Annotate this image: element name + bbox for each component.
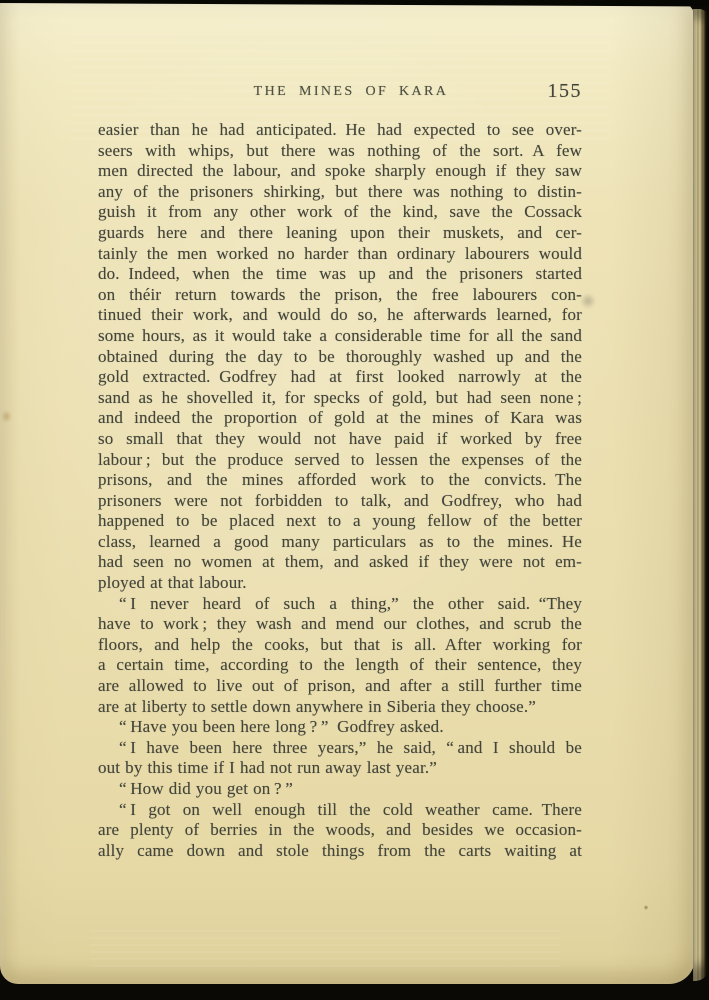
paragraph: “ I have been here three years,” he said… [98, 738, 582, 779]
text-line: do. Indeed, when the time was up and the… [98, 264, 582, 285]
text-line: guish it from any other work of the kind… [98, 202, 582, 223]
paragraph: “ I got on well enough till the cold wea… [98, 800, 582, 862]
text-line: prisons, and the mines afforded work to … [98, 470, 582, 491]
text-line: “ Have you been here long ? ” Godfrey as… [98, 717, 582, 738]
text-line: had seen no women at them, and asked if … [98, 552, 582, 573]
paragraph: easier than he had anticipated. He had e… [98, 120, 582, 594]
scan-smudge-left [2, 410, 11, 423]
paragraph: “ I never heard of such a thing,” the ot… [98, 594, 582, 718]
running-title: THE MINES OF KARA [98, 84, 582, 100]
scan-smudge [580, 293, 596, 309]
text-line: “ I have been here three years,” he said… [98, 738, 582, 759]
book-scan: THE MINES OF KARA 155 easier than he had… [0, 0, 709, 1000]
scan-speck [644, 905, 648, 910]
paragraph: “ Have you been here long ? ” Godfrey as… [98, 717, 582, 738]
text-line: seers with whips, but there was nothing … [98, 141, 582, 162]
page-number: 155 [548, 80, 583, 103]
text-line: happened to be placed next to a young fe… [98, 511, 582, 532]
text-line: out by this time if I had not run away l… [98, 758, 582, 779]
text-line: easier than he had anticipated. He had e… [98, 120, 582, 141]
text-line: men directed the labour, and spoke sharp… [98, 161, 582, 182]
page-header: THE MINES OF KARA 155 [98, 84, 582, 106]
text-line: ally came down and stole things from the… [98, 841, 582, 862]
text-line: and indeed the proportion of gold at the… [98, 408, 582, 429]
text-line: gold extracted. Godfrey had at first loo… [98, 367, 582, 388]
text-line: prisoners were not forbidden to talk, an… [98, 491, 582, 512]
text-line: “ I got on well enough till the cold wea… [98, 800, 582, 821]
text-line: tinued their work, and would do so, he a… [98, 305, 582, 326]
text-line: ployed at that labour. [98, 573, 582, 594]
text-line: on théir return towards the prison, the … [98, 285, 582, 306]
text-line: a certain time, according to the length … [98, 655, 582, 676]
text-line: labour ; but the produce served to lesse… [98, 450, 582, 471]
text-line: are at liberty to settle down anywhere i… [98, 697, 582, 718]
text-line: tainly the men worked no harder than ord… [98, 244, 582, 265]
text-line: have to work ; they wash and mend our cl… [98, 614, 582, 635]
text-line: some hours, as it would take a considera… [98, 326, 582, 347]
text-line: floors, and help the cooks, but that is … [98, 635, 582, 656]
text-line: “ I never heard of such a thing,” the ot… [98, 594, 582, 615]
paragraph: “ How did you get on ? ” [98, 779, 582, 800]
page-text: easier than he had anticipated. He had e… [98, 120, 582, 861]
text-line: are allowed to live out of prison, and a… [98, 676, 582, 697]
text-line: obtained during the day to be thoroughly… [98, 347, 582, 368]
text-line: class, learned a good many particulars a… [98, 532, 582, 553]
page-edge-stack [693, 9, 709, 981]
text-line: sand as he shovelled it, for specks of g… [98, 388, 582, 409]
text-line: so small that they would not have paid i… [98, 429, 582, 450]
text-line: guards here and there leaning upon their… [98, 223, 582, 244]
text-line: “ How did you get on ? ” [98, 779, 582, 800]
text-line: are plenty of berries in the woods, and … [98, 820, 582, 841]
text-line: any of the prisoners shirking, but there… [98, 182, 582, 203]
